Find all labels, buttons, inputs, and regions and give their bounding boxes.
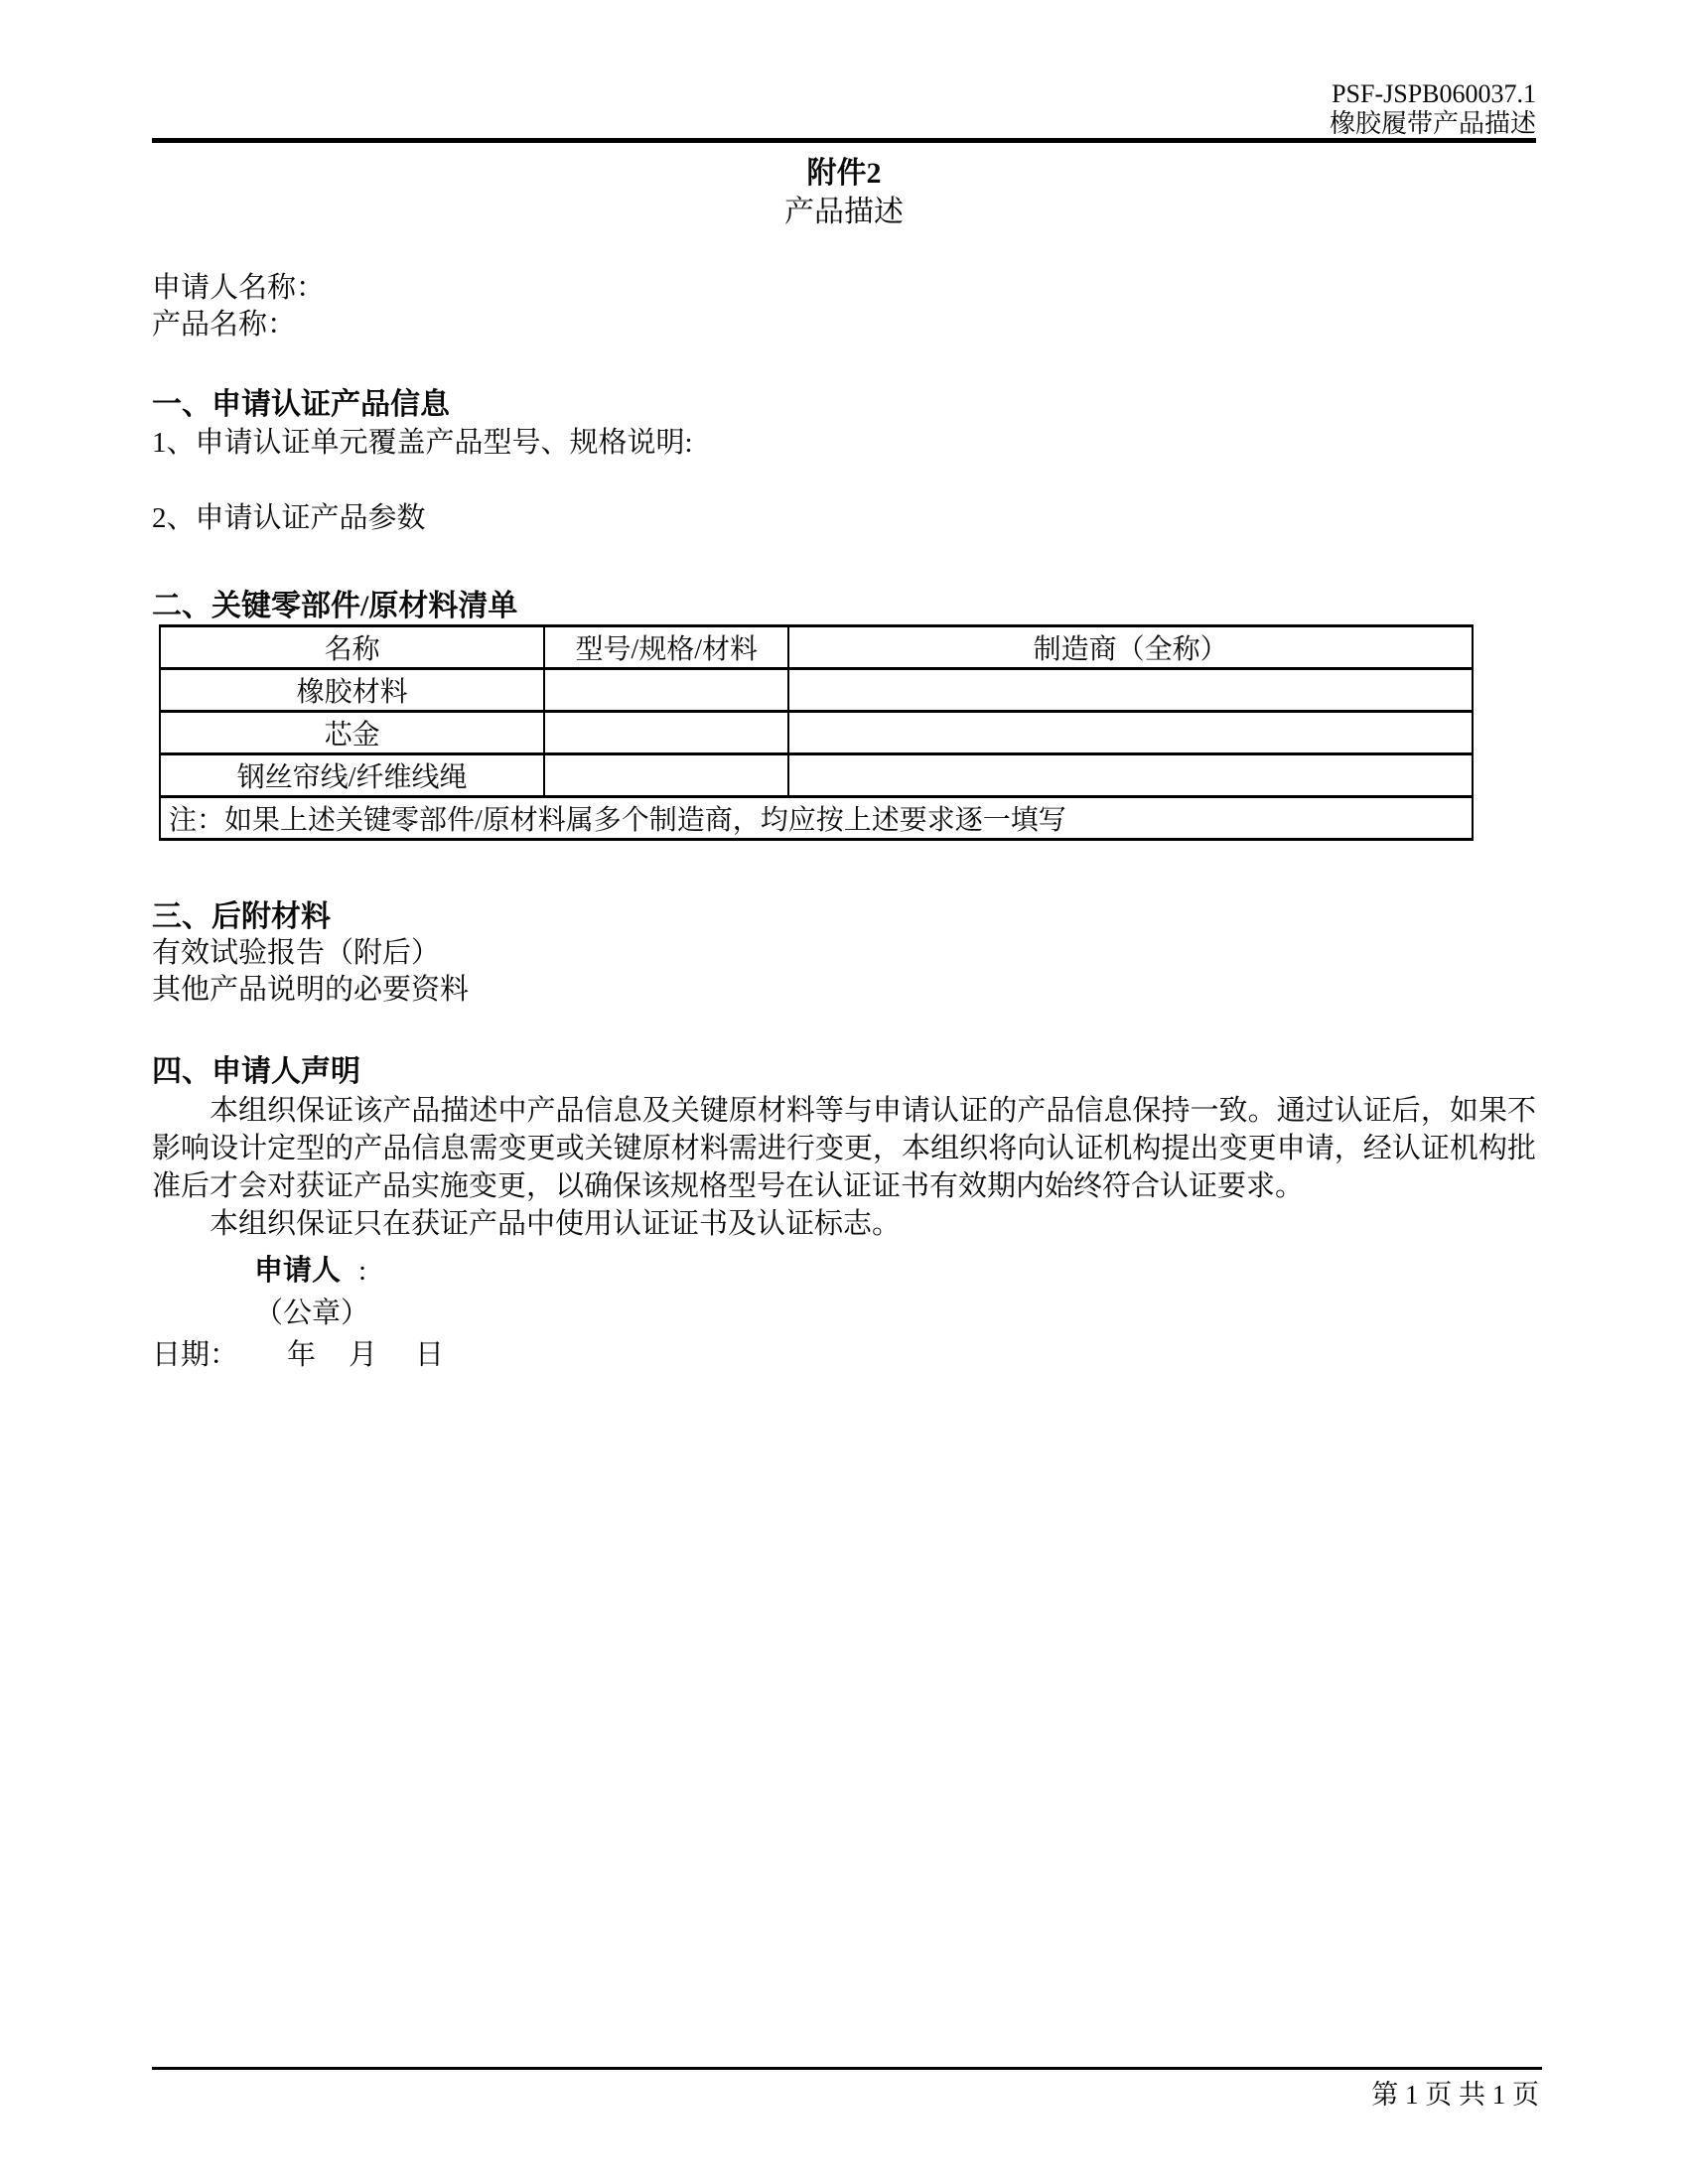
month-label: 月 [349, 1339, 377, 1371]
row-spec-cell [544, 669, 788, 712]
col-header-manufacturer: 制造商（全称） [788, 626, 1473, 669]
footer-rule [152, 2067, 1542, 2070]
applicant-signature-line: 申请人: [254, 1249, 1536, 1293]
attachment-number: 附件2 [0, 154, 1688, 194]
table-row: 芯金 [160, 712, 1473, 754]
section-4-heading: 四、申请人声明 [152, 1052, 1536, 1092]
section-3: 三、后附材料 有效试验报告（附后） 其他产品说明的必要资料 [152, 898, 469, 1009]
year-label: 年 [287, 1339, 316, 1371]
seal-label: （公章） [254, 1293, 1536, 1334]
product-name-label: 产品名称： [152, 307, 325, 343]
section-1: 一、申请认证产品信息 1、申请认证单元覆盖产品型号、规格说明: 2、申请认证产品… [152, 385, 693, 538]
row-manufacturer-cell [788, 754, 1473, 797]
row-name-cell: 橡胶材料 [160, 669, 544, 712]
declaration-paragraph-2: 本组织保证只在获证产品中使用认证证书及认证标志。 [152, 1205, 1536, 1243]
col-header-spec: 型号/规格/材料 [544, 626, 788, 669]
day-label: 日 [415, 1339, 444, 1371]
doc-subject: 橡胶履带产品描述 [152, 109, 1536, 139]
header-rule [152, 138, 1536, 143]
col-header-name: 名称 [160, 626, 544, 669]
row-manufacturer-cell [788, 712, 1473, 754]
row-name-cell: 芯金 [160, 712, 544, 754]
row-spec-cell [544, 754, 788, 797]
row-manufacturer-cell [788, 669, 1473, 712]
table-header-row: 名称 型号/规格/材料 制造商（全称） [160, 626, 1473, 669]
section-3-heading: 三、后附材料 [152, 898, 469, 935]
section-1-item-1: 1、申请认证单元覆盖产品型号、规格说明: [152, 424, 693, 463]
row-spec-cell [544, 712, 788, 754]
applicant-name-label: 申请人名称： [152, 270, 325, 307]
applicant-label: 申请人 [254, 1255, 341, 1287]
table-note-row: 注：如果上述关键零部件/原材料属多个制造商，均应按上述要求逐一填写 [160, 797, 1473, 840]
title-block: 附件2 产品描述 [0, 154, 1688, 231]
table-note: 注：如果上述关键零部件/原材料属多个制造商，均应按上述要求逐一填写 [160, 797, 1473, 840]
applicant-block: 申请人名称： 产品名称： [152, 270, 325, 343]
key-components-table: 名称 型号/规格/材料 制造商（全称） 橡胶材料 芯金 钢丝帘线/纤维线绳 注：… [159, 624, 1474, 841]
section-3-line-2: 其他产品说明的必要资料 [152, 972, 469, 1009]
section-2-heading: 二、关键零部件/原材料清单 [152, 588, 517, 625]
row-name-cell: 钢丝帘线/纤维线绳 [160, 754, 544, 797]
table-row: 橡胶材料 [160, 669, 1473, 712]
section-3-line-1: 有效试验报告（附后） [152, 935, 469, 972]
date-label: 日期： [152, 1339, 238, 1371]
section-4: 四、申请人声明 本组织保证该产品描述中产品信息及关键原材料等与申请认证的产品信息… [152, 1052, 1536, 1376]
document-page: PSF-JSPB060037.1 橡胶履带产品描述 附件2 产品描述 申请人名称… [0, 0, 1688, 2184]
applicant-colon: : [358, 1255, 366, 1287]
declaration-paragraph-1: 本组织保证该产品描述中产品信息及关键原材料等与申请认证的产品信息保持一致。通过认… [152, 1092, 1536, 1205]
date-line: 日期：年月日 [152, 1334, 1536, 1376]
page-number: 第 1 页 共 1 页 [152, 2079, 1539, 2111]
running-header: PSF-JSPB060037.1 橡胶履带产品描述 [152, 79, 1536, 139]
section-1-item-2: 2、申请认证产品参数 [152, 499, 693, 538]
doc-code: PSF-JSPB060037.1 [152, 79, 1536, 109]
table-row: 钢丝帘线/纤维线绳 [160, 754, 1473, 797]
section-1-heading: 一、申请认证产品信息 [152, 385, 693, 424]
page-title: 产品描述 [0, 194, 1688, 231]
